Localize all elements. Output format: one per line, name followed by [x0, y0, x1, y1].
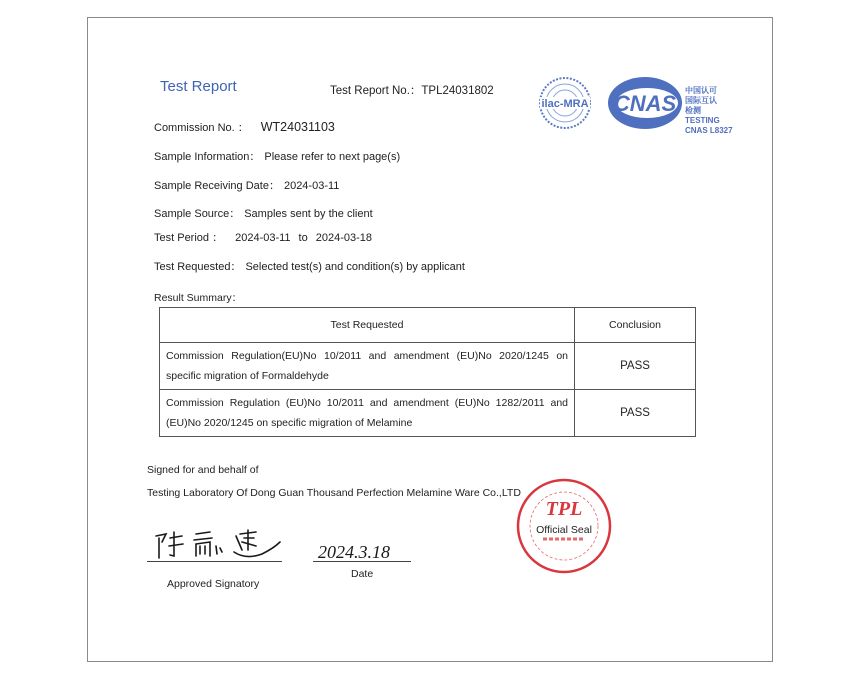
svg-text:CNAS: CNAS [614, 91, 677, 116]
signed-for-text: Signed for and behalf of [147, 464, 259, 476]
handwritten-date-icon: 2024.3.18 [316, 536, 412, 562]
sample-source: Sample Source：Samples sent by the client [154, 205, 373, 221]
svg-text:Official Seal: Official Seal [536, 524, 592, 536]
ilac-mra-logo-icon: ilac-MRA [540, 78, 590, 128]
column-header-conclusion: Conclusion [575, 308, 696, 343]
laboratory-name: Testing Laboratory Of Dong Guan Thousand… [147, 487, 521, 499]
test-requested-cell: Commission Regulation (EU)No 10/2011 and… [160, 390, 575, 437]
test-period: Test Period ：2024-03-11to2024-03-18 [154, 229, 372, 245]
table-header-row: Test Requested Conclusion [160, 308, 696, 343]
cnas-logo-icon: CNAS [608, 77, 682, 129]
approved-signatory-label: Approved Signatory [167, 578, 259, 590]
official-seal-icon: TPL Official Seal [515, 477, 613, 575]
report-number-label: Test Report No.： [330, 85, 421, 97]
result-summary-label: Result Summary： [154, 290, 242, 305]
report-number-value: TPL24031802 [421, 85, 493, 97]
test-requested: Test Requested：Selected test(s) and cond… [154, 258, 465, 274]
test-requested-cell: Commission Regulation(EU)No 10/2011 and … [160, 343, 575, 390]
conclusion-cell: PASS [575, 390, 696, 437]
svg-text:TPL: TPL [546, 498, 583, 520]
table-row: Commission Regulation (EU)No 10/2011 and… [160, 390, 696, 437]
signature-line [147, 561, 282, 562]
report-number: Test Report No.：TPL24031802 [330, 82, 494, 98]
table-row: Commission Regulation(EU)No 10/2011 and … [160, 343, 696, 390]
svg-text:ilac-MRA: ilac-MRA [541, 98, 588, 110]
conclusion-cell: PASS [575, 343, 696, 390]
sample-receiving-date: Sample Receiving Date：2024-03-11 [154, 177, 339, 193]
date-line [313, 561, 411, 562]
commission-number: Commission No. ：WT24031103 [154, 119, 335, 135]
sample-information: Sample Information：Please refer to next … [154, 148, 400, 164]
handwritten-signature-icon [150, 528, 285, 562]
commission-number-value: WT24031103 [261, 120, 335, 134]
column-header-test: Test Requested [160, 308, 575, 343]
document-title: Test Report [160, 78, 237, 95]
result-summary-table: Test Requested Conclusion Commission Reg… [159, 307, 696, 437]
date-label: Date [351, 568, 373, 580]
cnas-accreditation-text: 中国认可 国际互认 检测 TESTING CNAS L8327 [685, 86, 733, 136]
svg-text:2024.3.18: 2024.3.18 [318, 542, 390, 562]
